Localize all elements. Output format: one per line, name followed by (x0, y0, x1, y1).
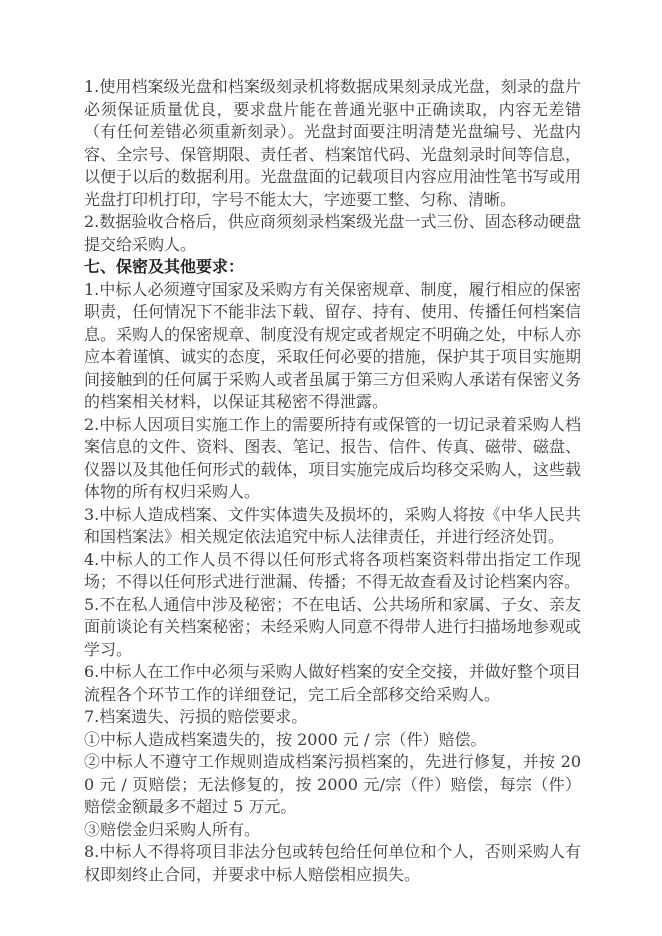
document-page: 1.使用档案级光盘和档案级刻录机将数据成果刻录成光盘，刻录的盘片必须保证质量优良… (0, 0, 662, 936)
clause-handover-registration: 6.中标人在工作中必须与采购人做好档案的安全交接，并做好整个项目流程各个环节工作… (84, 661, 581, 706)
clause-data-acceptance-delivery: 2.数据验收合格后，供应商须刻录档案级光盘一式三份、固态移动硬盘提交给采购人。 (84, 211, 581, 256)
clause-private-communication-secrecy: 5.不在私人通信中涉及秘密；不在电话、公共场所和家属、子女、亲友面前谈论有关档案… (84, 594, 581, 662)
clause-compensation-damage-rate: ②中标人不遵守工作规则造成档案污损档案的，先进行修复，并按 200 元 / 页赔… (84, 751, 581, 819)
clause-subcontract-prohibition: 8.中标人不得将项目非法分包或转包给任何单位和个人，否则采购人有权即刻终止合同，… (84, 841, 581, 886)
clause-records-ownership: 2.中标人因项目实施工作上的需要所持有或保管的一切记录着采购人档案信息的文件、资… (84, 414, 581, 504)
clause-compensation-loss-rate: ①中标人造成档案遗失的，按 2000 元 / 宗（件）赔偿。 (84, 729, 581, 752)
clause-archive-loss-liability: 3.中标人造成档案、文件实体遗失及损坏的，采购人将按《中华人民共和国档案法》相关… (84, 504, 581, 549)
clause-staff-restrictions: 4.中标人的工作人员不得以任何形式将各项档案资料带出指定工作现场；不得以任何形式… (84, 549, 581, 594)
section-heading-confidentiality: 七、保密及其他要求： (84, 256, 581, 279)
clause-compensation-ownership: ③赔偿金归采购人所有。 (84, 819, 581, 842)
clause-disc-burning-requirements: 1.使用档案级光盘和档案级刻录机将数据成果刻录成光盘，刻录的盘片必须保证质量优良… (84, 76, 581, 211)
clause-confidentiality-rules: 1.中标人必须遵守国家及采购方有关保密规章、制度，履行相应的保密职责，任何情况下… (84, 279, 581, 414)
document-body: 1.使用档案级光盘和档案级刻录机将数据成果刻录成光盘，刻录的盘片必须保证质量优良… (84, 76, 581, 886)
clause-compensation-requirements: 7.档案遗失、污损的赔偿要求。 (84, 706, 581, 729)
